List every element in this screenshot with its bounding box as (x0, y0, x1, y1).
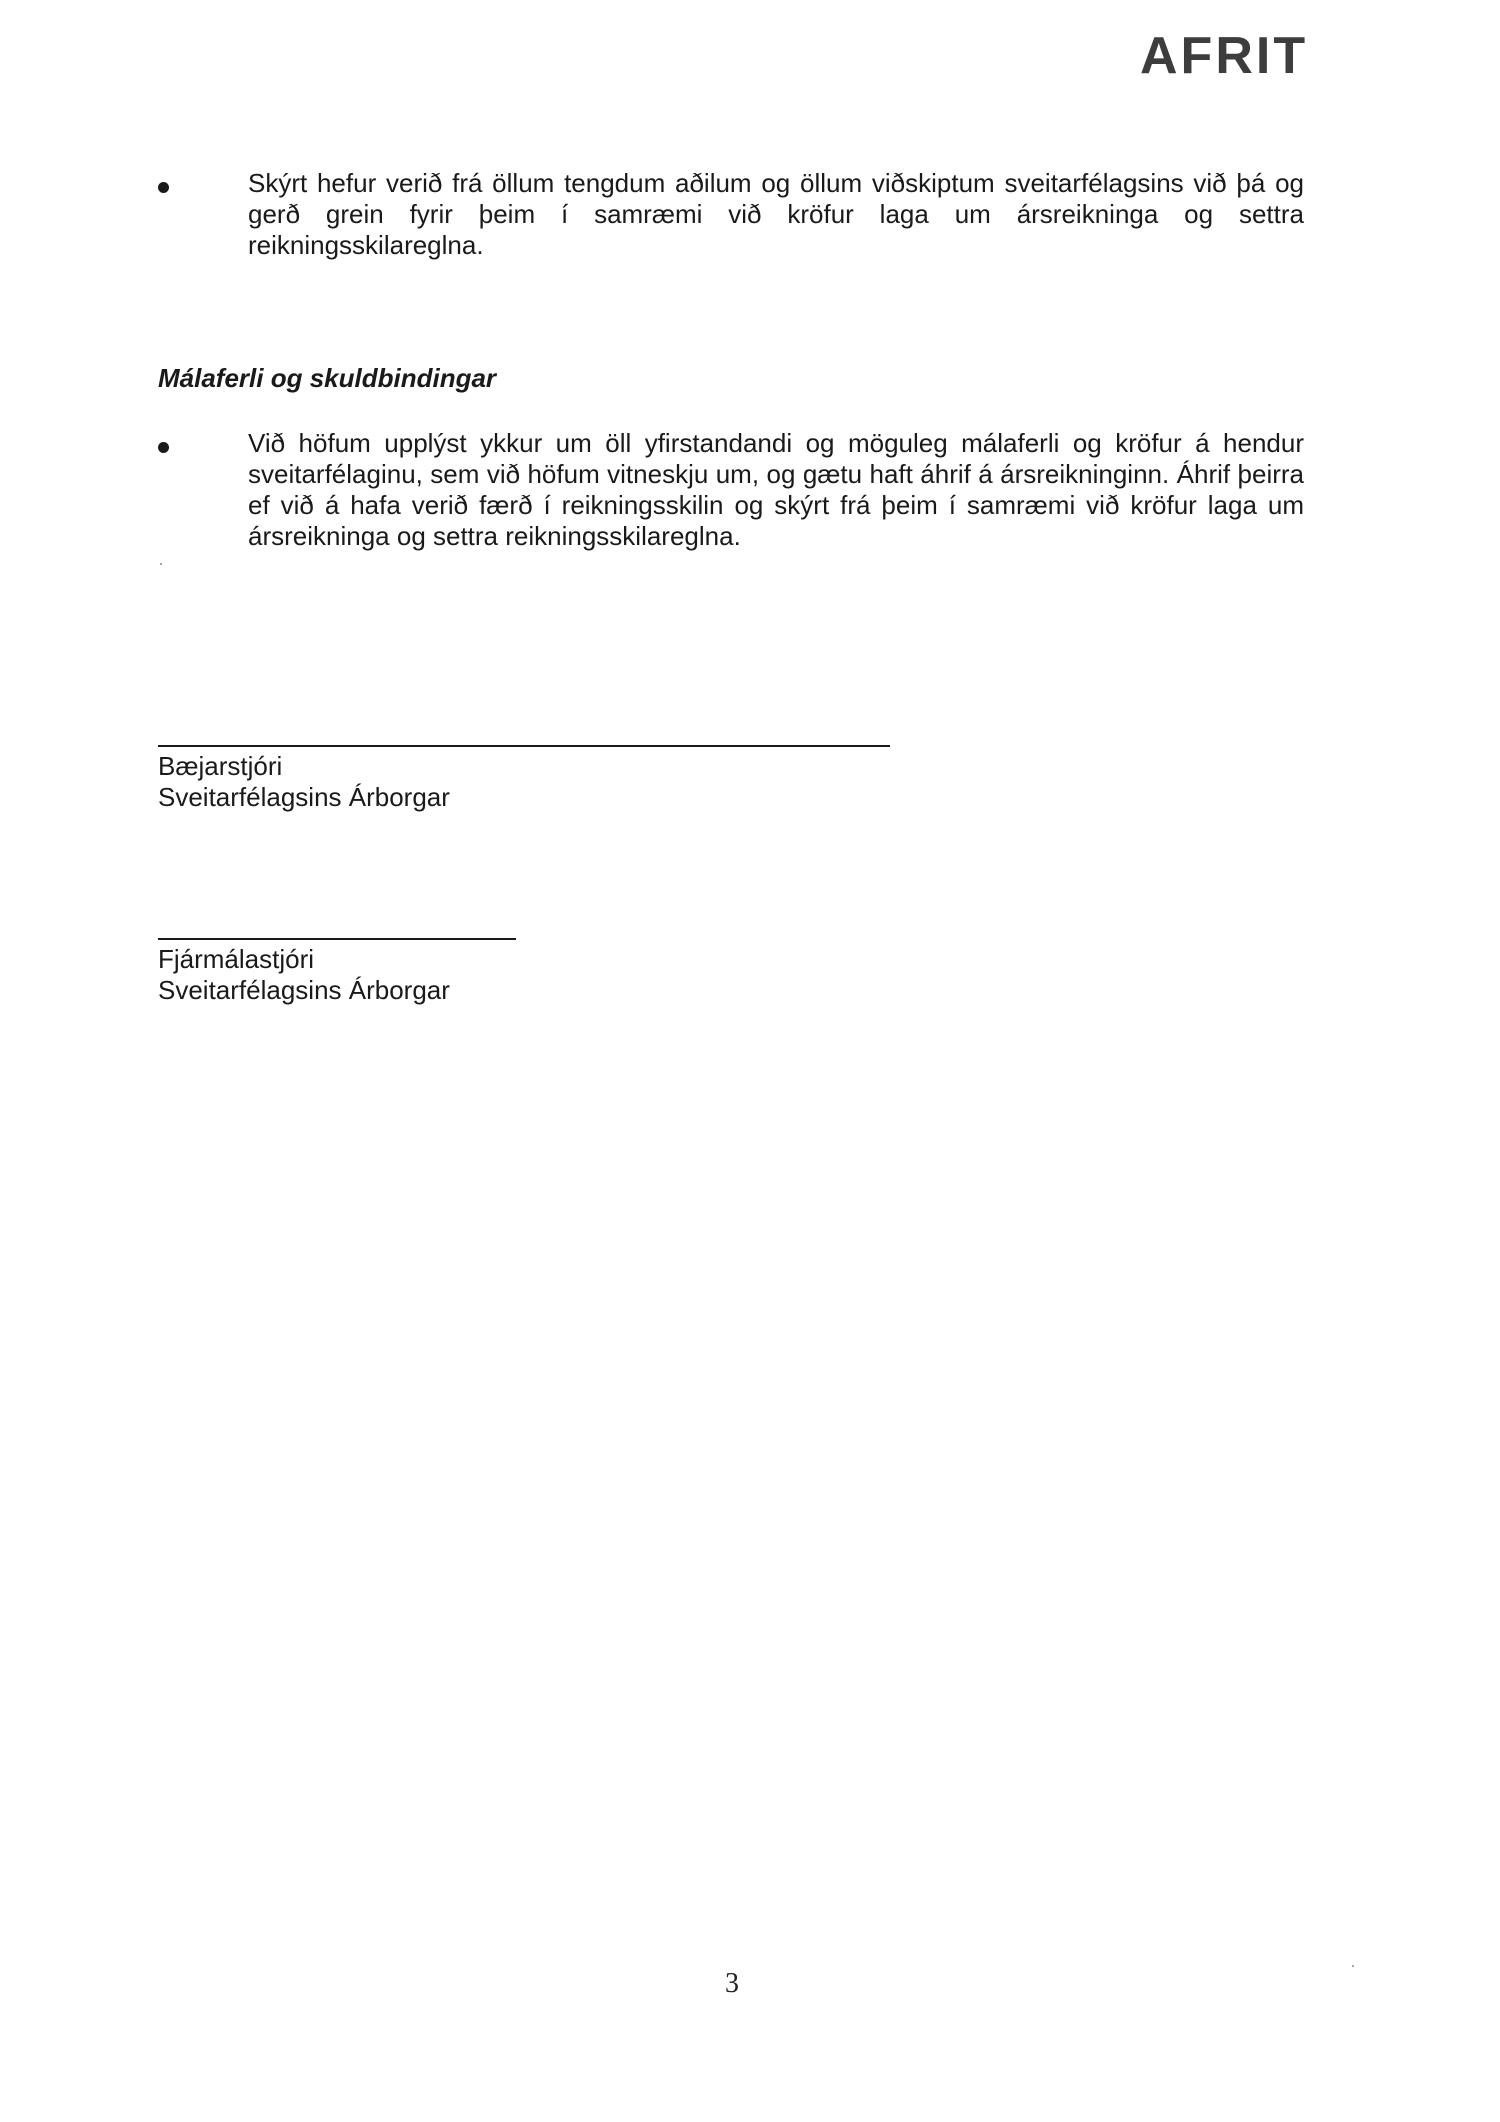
signature-organization: Sveitarfélagsins Árborgar (158, 782, 890, 813)
signature-title: Bæjarstjóri (158, 751, 890, 782)
copy-stamp: AFRIT (1140, 30, 1308, 82)
scan-speck (160, 563, 162, 565)
signature-line (158, 745, 890, 747)
bullet-text: Við höfum upplýst ykkur um öll yfirstand… (248, 428, 1304, 552)
bullet-icon (158, 182, 169, 193)
bullet-text: Skýrt hefur verið frá öllum tengdum aðil… (248, 168, 1304, 261)
signature-line (158, 938, 516, 940)
page-number: 3 (725, 1968, 739, 2000)
scan-speck (1352, 1965, 1354, 1967)
bullet-icon (158, 442, 169, 453)
signature-block-cfo: Fjármálastjóri Sveitarfélagsins Árborgar (158, 938, 516, 1006)
signature-title: Fjármálastjóri (158, 944, 516, 975)
signature-organization: Sveitarfélagsins Árborgar (158, 975, 516, 1006)
section-heading: Málaferli og skuldbindingar (158, 363, 496, 394)
signature-block-mayor: Bæjarstjóri Sveitarfélagsins Árborgar (158, 745, 890, 813)
